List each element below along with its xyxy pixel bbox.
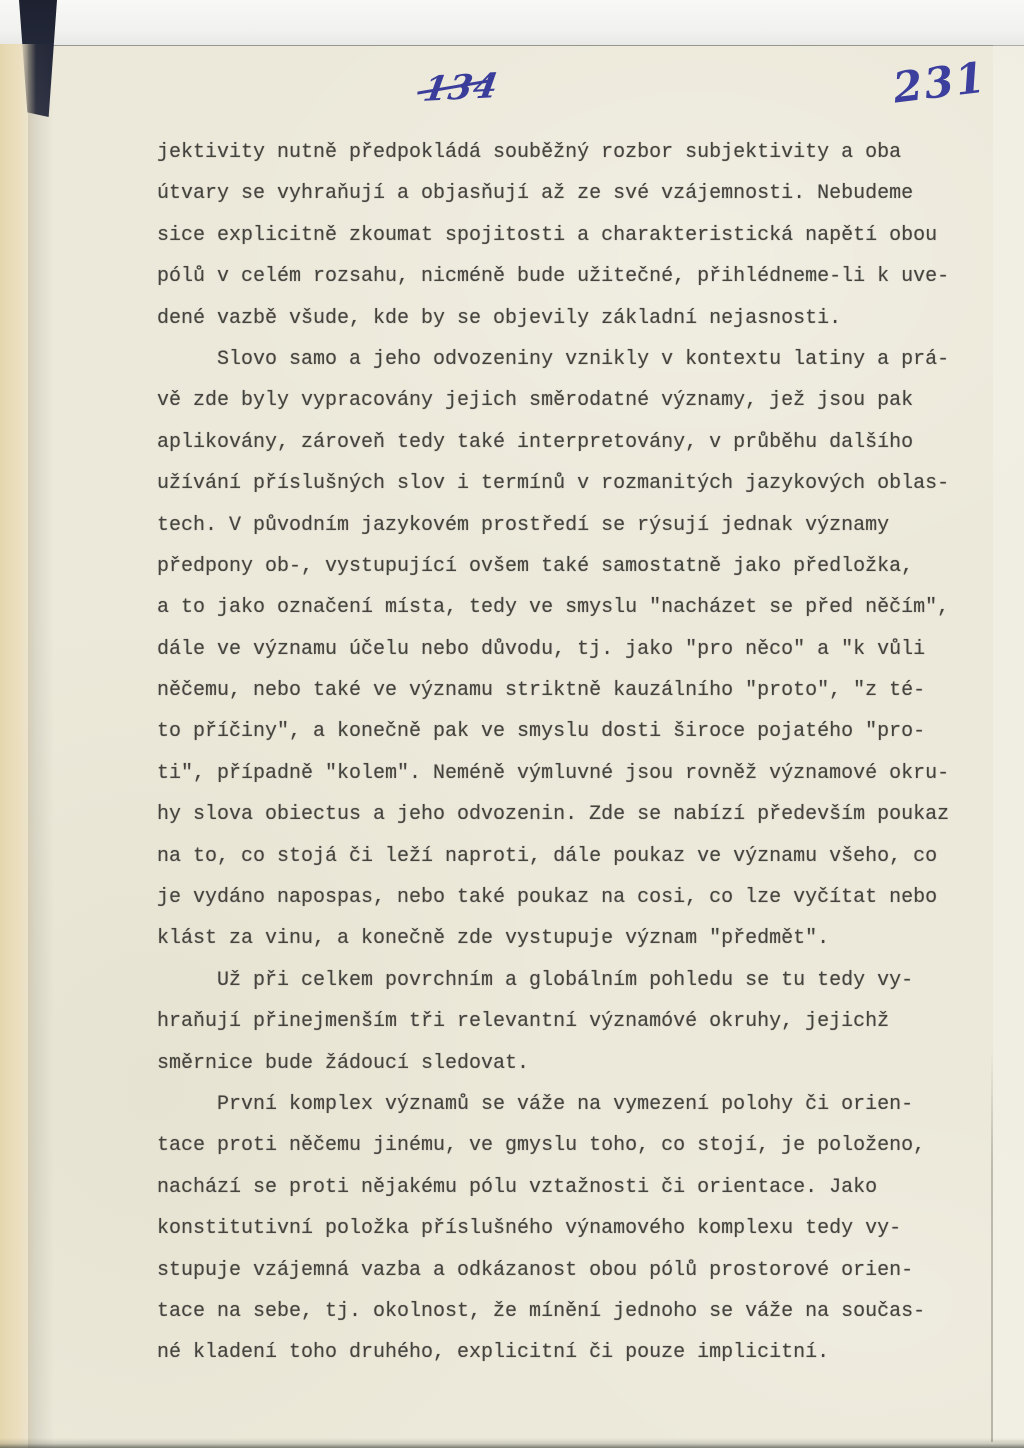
text-line: hraňují přinejmenším tři relevantní význ… <box>157 1001 972 1042</box>
text-line: užívání příslušných slov i termínů v roz… <box>157 463 972 504</box>
typewritten-text-block: jektivity nutně předpokládá souběžný roz… <box>157 132 972 1374</box>
page-right-edge-line <box>991 1050 993 1442</box>
text-line: Slovo samo a jeho odvozeniny vznikly v k… <box>157 339 972 380</box>
text-line: stupuje vzájemná vazba a odkázanost obou… <box>157 1250 972 1291</box>
text-line: ti", případně "kolem". Neméně výmluvné j… <box>157 753 972 794</box>
text-line: pólů v celém rozsahu, nicméně bude užite… <box>157 256 972 297</box>
text-line: předpony ob-, vystupující ovšem také sam… <box>157 546 972 587</box>
text-line: směrnice bude žádoucí sledovat. <box>157 1043 972 1084</box>
text-line: jektivity nutně předpokládá souběžný roz… <box>157 132 972 173</box>
text-line: aplikovány, zároveň tedy také interpreto… <box>157 422 972 463</box>
text-line: něčemu, nebo také ve významu striktně ka… <box>157 670 972 711</box>
text-line: a to jako označení místa, tedy ve smyslu… <box>157 587 972 628</box>
text-line: dené vazbě všude, kde by se objevily zák… <box>157 298 972 339</box>
text-line: Už při celkem povrchním a globálním pohl… <box>157 960 972 1001</box>
text-line: nachází se proti nějakému pólu vztažnost… <box>157 1167 972 1208</box>
text-line: tech. V původním jazykovém prostředí se … <box>157 505 972 546</box>
text-line: je vydáno napospas, nebo také poukaz na … <box>157 877 972 918</box>
text-line: tace proti něčemu jinému, ve gmyslu toho… <box>157 1125 972 1166</box>
struck-page-number: 134 <box>420 66 501 110</box>
scanned-typewritten-page: 134 231 jektivity nutně předpokládá soub… <box>0 0 1024 1448</box>
page-bottom-edge <box>0 1438 1024 1448</box>
text-line: klást za vinu, a konečně zde vystupuje v… <box>157 918 972 959</box>
text-line: to příčiny", a konečně pak ve smyslu dos… <box>157 711 972 752</box>
page-left-shadow <box>28 44 54 1448</box>
text-line: hy slova obiectus a jeho odvozenin. Zde … <box>157 794 972 835</box>
text-line: vě zde byly vypracovány jejich směrodatn… <box>157 380 972 421</box>
text-line: dále ve významu účelu nebo důvodu, tj. j… <box>157 629 972 670</box>
page-right-margin <box>993 45 1024 1440</box>
text-line: né kladení toho druhého, explicitní či p… <box>157 1332 972 1373</box>
text-line: tace na sebe, tj. okolnost, že mínění je… <box>157 1291 972 1332</box>
text-line: První komplex významů se váže na vymezen… <box>157 1084 972 1125</box>
text-line: útvary se vyhraňují a objasňují až ze sv… <box>157 173 972 214</box>
text-line: sice explicitně zkoumat spojitosti a cha… <box>157 215 972 256</box>
text-line: konstitutivní položka příslušného výnamo… <box>157 1208 972 1249</box>
handwritten-page-number: 231 <box>890 52 989 112</box>
text-line: na to, co stojá či leží naproti, dále po… <box>157 836 972 877</box>
page-top-edge <box>0 0 1024 46</box>
